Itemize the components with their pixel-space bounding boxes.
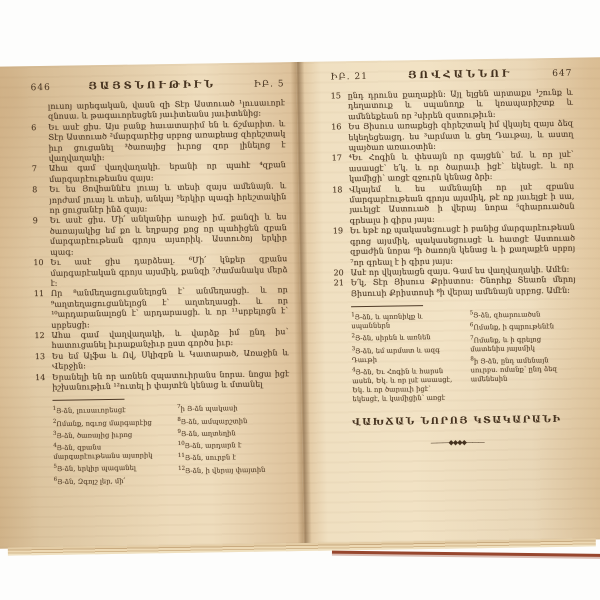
footnote-item: 5Յ-ձն, զհարուածսն: [470, 308, 577, 321]
verse-paragraph: 9 Եւ ասէ ցիս. Մի՛ անկանիր առաջի իմ. քանզ…: [50, 213, 288, 258]
right-body-text: 15 ընդ դրունս քաղաքին։ Այլ ելցեն արտաքս …: [348, 88, 576, 300]
verse-number: 17: [332, 154, 342, 165]
verse-text: Ահա գամ վաղվաղակի, և վարձք իմ ընդ իս՝ հա…: [51, 327, 288, 350]
footnote-item: 10Յ-ձն, արդարն է: [178, 438, 291, 451]
right-footnotes: 1Յ-ձն, և պոռնիկք և սպաններն 2Յ-ձն, սիրեն…: [351, 308, 577, 405]
verse-paragraph: 15 ընդ դրունս քաղաքին։ Այլ ելցեն արտաքս …: [348, 88, 573, 123]
footnote-text: Յ-ձն, արդարն է: [185, 441, 242, 450]
footnote-text: ի Յ-ձն պակասի: [181, 405, 238, 414]
verse-text: լուսոյ արեգական, վասն զի Տէր Աստուած ¹լո…: [48, 98, 285, 121]
verse-number: 21: [334, 279, 344, 290]
left-page-number: 646: [31, 83, 51, 93]
footnote-item: 2Յ-ձն, սիրեն և առնեն: [351, 331, 458, 344]
open-book: 646 ՅԱՅՏՆՈՒԹԻՒՆ ԻԲ. 5 լուսոյ արեգական, վ…: [0, 57, 600, 549]
verse-paragraph: 17 ⁴Եւ Հոգին և փեսայն որ գայցեն՝ եմ. և ո…: [349, 150, 574, 185]
footnote-text: Յ-ձն, ծառայից իւրոց: [56, 431, 132, 440]
verse-text: Եւ ասէ ցիս. Այս բանք հաւատարիմ են և ճշմա…: [48, 119, 285, 163]
verse-text: Ահա գամ վաղվաղակի. երանի որ պահէ ⁴զբան մ…: [49, 161, 286, 184]
footnote-text: Ոմանք, ի գպրութենէն: [473, 323, 554, 332]
footnote-item: 5Յ-ձն, երկիր պագանել: [53, 462, 166, 475]
footnote-text: Ոմանք, և ի գրելոց մատենիս յայսմիկ: [470, 335, 541, 353]
footnote-item: 3Յ-ձն, ծառայից իւրոց: [53, 428, 166, 441]
left-body-text: լուսոյ արեգական, վասն զի Տէր Աստուած ¹լո…: [48, 98, 290, 393]
footnote-item: 9Յ-ձն, աղտեղին: [177, 426, 290, 439]
verse-paragraph: 21 Ե՛կ, Տէր Յիսուս Քրիստոս։ Շնորհք Տեառն…: [351, 275, 576, 299]
left-footnotes: 1Յ-ձն, լուսաւորեսցէ 2Ոմանք, ոգւոց մարգար…: [53, 402, 291, 487]
verse-number: 15: [331, 91, 341, 102]
footnote-item: 4Յ-ձն, զբանս մարգարէութեանս այսորիկ: [53, 440, 166, 462]
verse-text: Եւ եթէ ոք պակասեցուսցէ ի բանից մարգարէու…: [350, 223, 575, 267]
verse-paragraph: 8 Եւ ես Յովհաննէս լուայ և տեսի զայս ամեն…: [49, 181, 286, 216]
verse-number: 14: [35, 373, 45, 384]
footnote-item: 8ի Յ-ձն, ընդ ամենայն սուրբս. ոմանք՝ ընդ …: [470, 354, 577, 385]
verse-text: Եւ ես Յովհաննէս լուայ և տեսի զայս ամենայ…: [49, 181, 286, 215]
footnote-text: Յ-ձն, զհարուածսն: [473, 311, 540, 320]
verse-text: Վկայեմ և ես ամենայնի որ լսէ զբանս մարգար…: [349, 181, 574, 225]
footnote-text: Յ-ձն, եմ արմատ և ազգ Դաւթի: [352, 346, 440, 364]
verse-text: Որ ⁸անմեղացուցանելոցն է՝ անմեղասցի. և որ…: [51, 286, 288, 330]
verse-text: Եւ ասէ ցիս. Մի՛ անկանիր առաջի իմ. քանզի …: [50, 213, 287, 257]
right-running-title: ՅՈՎՀԱՆՆՈՒ: [408, 69, 512, 82]
decorative-flourish: ———◆◆◆◆———: [336, 437, 578, 449]
right-chapter-verse-ref: ԻԲ. 21: [330, 72, 368, 83]
verse-paragraph: 16 Ես Յիսուս առաքեցի զհրեշտակ իմ վկայել …: [348, 119, 573, 154]
verse-text: Ես Յիսուս առաքեցի զհրեշտակ իմ վկայել զայ…: [348, 119, 573, 152]
book-cover-edge: [332, 551, 600, 557]
left-running-title: ՅԱՅՏՆՈՒԹԻՒՆ: [88, 79, 216, 92]
left-footnote-rule: [52, 399, 124, 401]
footnote-item: 12Յ-ձն, ի վերայ փայտին: [178, 463, 291, 476]
left-chapter-verse-ref: ԻԲ. 5: [254, 79, 285, 89]
verse-paragraph: 14 Երանելի են որ առնեն զպատուիրանս նորա.…: [52, 369, 289, 394]
photo-background: 646 ՅԱՅՏՆՈՒԹԻՒՆ ԻԲ. 5 լուսոյ արեգական, վ…: [0, 0, 600, 600]
verse-number: 8: [32, 185, 37, 195]
left-page: 646 ՅԱՅՏՆՈՒԹԻՒՆ ԻԲ. 5 լուսոյ արեգական, վ…: [0, 62, 304, 549]
footnote-item: 7Ոմանք, և ի գրելոց մատենիս յայսմիկ: [470, 332, 577, 354]
verse-number: 9: [33, 217, 38, 227]
footnote-text: Յ-ձն, և պոռնիկք և սպաններն: [351, 312, 422, 330]
new-testament-end-colophon: ՎԱԽՃԱՆ ՆՈՐՈՅ ԿՏԱԿԱՐԱՆԻ: [336, 414, 578, 429]
verse-text: Ե՛կ, Տէր Յիսուս Քրիստոս։ Շնորհք Տեառն մե…: [351, 275, 576, 298]
footnote-text: Յ-ձն, սուրբն է: [185, 454, 236, 463]
footnote-item: 6Ոմանք, ի գպրութենէն: [470, 320, 577, 333]
footnote-item: 7ի Յ-ձն պակասի: [177, 402, 290, 415]
footnote-text: Յ-ձն, սիրեն և առնեն: [355, 334, 431, 343]
verse-number: 19: [333, 227, 343, 238]
verse-number: 6: [31, 123, 36, 133]
left-running-head: 646 ՅԱՅՏՆՈՒԹԻՒՆ ԻԲ. 5: [30, 78, 284, 93]
verse-paragraph: 18 Վկայեմ և ես ամենայնի որ լսէ զբանս մար…: [349, 181, 575, 226]
footnote-item: 6Յ-ձն, Զգոյշ լեր, մի՛: [54, 474, 167, 487]
footnote-text: Յ-ձն, աղտեղին: [181, 429, 236, 438]
footnote-text: Յ-ձն, երկիր պագանել: [57, 464, 136, 473]
footnote-item: 1Յ-ձն, և պոռնիկք և սպաններն: [351, 310, 458, 332]
footnote-item: 8Յ-ձն, ամպարշտին: [177, 414, 290, 427]
footnote-item: 2Ոմանք, ոգւոց մարգարէից: [53, 416, 166, 429]
verse-number: 16: [331, 123, 341, 134]
footnote-text: Յ-ձն, ամպարշտին: [181, 417, 248, 426]
right-page-number: 647: [552, 69, 572, 79]
right-footnote-rule: [351, 305, 423, 307]
verse-number: 10: [33, 258, 43, 269]
verse-paragraph: 11 Որ ⁸անմեղացուցանելոցն է՝ անմեղասցի. և…: [51, 286, 289, 331]
footnote-item: 3Յ-ձն, եմ արմատ և ազգ Դաւթի: [352, 343, 459, 365]
verse-text: ⁴Եւ Հոգին և փեսայն որ գայցեն՝ եմ. և որ լ…: [349, 150, 574, 183]
footnote-text: Յ-ձն, զբանս մարգարէութեանս այսորիկ: [53, 444, 152, 462]
verse-number: 7: [32, 165, 37, 175]
verse-number: 13: [35, 352, 45, 363]
footnote-text: Յ-ձն, Զգոյշ լեր, մի՛: [57, 477, 125, 486]
right-running-head: ԻԲ. 21 ՅՈՎՀԱՆՆՈՒ 647: [330, 68, 572, 83]
footnote-text: ի Յ-ձն, ընդ ամենայն սուրբս. ոմանք՝ ընդ ձ…: [471, 356, 558, 383]
verse-number: 12: [34, 331, 44, 342]
right-page: ԻԲ. 21 ՅՈՎՀԱՆՆՈՒ 647 15 ընդ դրունս քաղաք…: [296, 57, 600, 544]
verse-number: 18: [332, 185, 342, 196]
footnote-text: Յ-ձն, Եւ Հոգին և հարսն ասեն, Եկ. և որ լս…: [352, 367, 452, 403]
footnote-text: Յ-ձն, լուսաւորեսցէ: [56, 406, 126, 415]
verse-paragraph: 19 Եւ եթէ ոք պակասեցուսցէ ի բանից մարգար…: [350, 223, 576, 268]
verse-paragraph: 6 Եւ ասէ ցիս. Այս բանք հաւատարիմ են և ճշ…: [48, 119, 286, 164]
footnote-item: 1Յ-ձն, լուսաւորեսցէ: [53, 404, 166, 417]
verse-text: Երանելի են որ առնեն զպատուիրանս նորա. նո…: [52, 369, 289, 392]
verse-number: 11: [34, 289, 44, 300]
footnote-text: Յ-ձն, ի վերայ փայտին: [185, 466, 265, 475]
verse-number: 20: [333, 268, 343, 279]
verse-paragraph: 10 Եւ ասէ ցիս դարձեալ. ⁶Մի՛ կնքեր զբանս …: [50, 254, 287, 289]
footnote-text: Ոմանք, ոգւոց մարգարէից: [56, 418, 152, 427]
footnote-item: 4Յ-ձն, Եւ Հոգին և հարսն ասեն, Եկ. և որ լ…: [352, 364, 459, 404]
verse-text: ընդ դրունս քաղաքին։ Այլ ելցեն արտաքս ¹շո…: [348, 88, 573, 121]
verse-text: Եւ ասէ ցիս դարձեալ. ⁶Մի՛ կնքեր զբանս մար…: [50, 254, 287, 288]
footnote-item: 11Յ-ձն, սուրբն է: [178, 451, 291, 464]
verse-text: Ես եմ Ալֆա և Ով, Սկիզբն և Կատարած, Առաջի…: [52, 348, 289, 371]
